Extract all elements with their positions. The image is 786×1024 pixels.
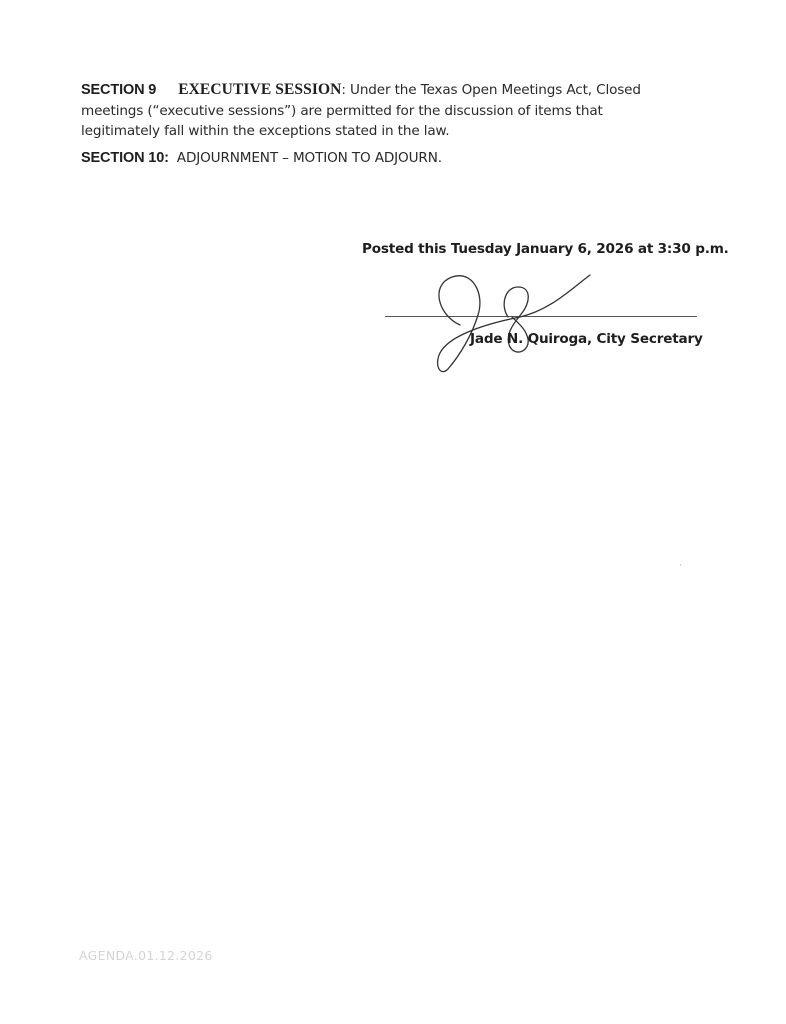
agenda-page: SECTION 9EXECUTIVE SESSION: Under the Te…: [0, 0, 786, 1024]
section-9-text: : Under the Texas Open Meetings Act, Clo…: [81, 82, 641, 139]
section-10-paragraph: SECTION 10:ADJOURNMENT – MOTION TO ADJOU…: [81, 148, 681, 169]
signature-icon: [430, 265, 600, 375]
posted-statement: Posted this Tuesday January 6, 2026 at 3…: [362, 241, 702, 257]
section-10-text: ADJOURNMENT – MOTION TO ADJOURN.: [177, 150, 442, 166]
section-9-label: SECTION 9: [81, 82, 156, 98]
section-10-label: SECTION 10:: [81, 150, 169, 166]
section-9-paragraph: SECTION 9EXECUTIVE SESSION: Under the Te…: [81, 80, 681, 142]
footer-document-id: AGENDA.01.12.2026: [79, 948, 213, 963]
section-9-title: EXECUTIVE SESSION: [178, 81, 341, 98]
scan-speck: [680, 564, 681, 566]
signer-name: Jade N. Quiroga, City Secretary: [470, 331, 710, 347]
